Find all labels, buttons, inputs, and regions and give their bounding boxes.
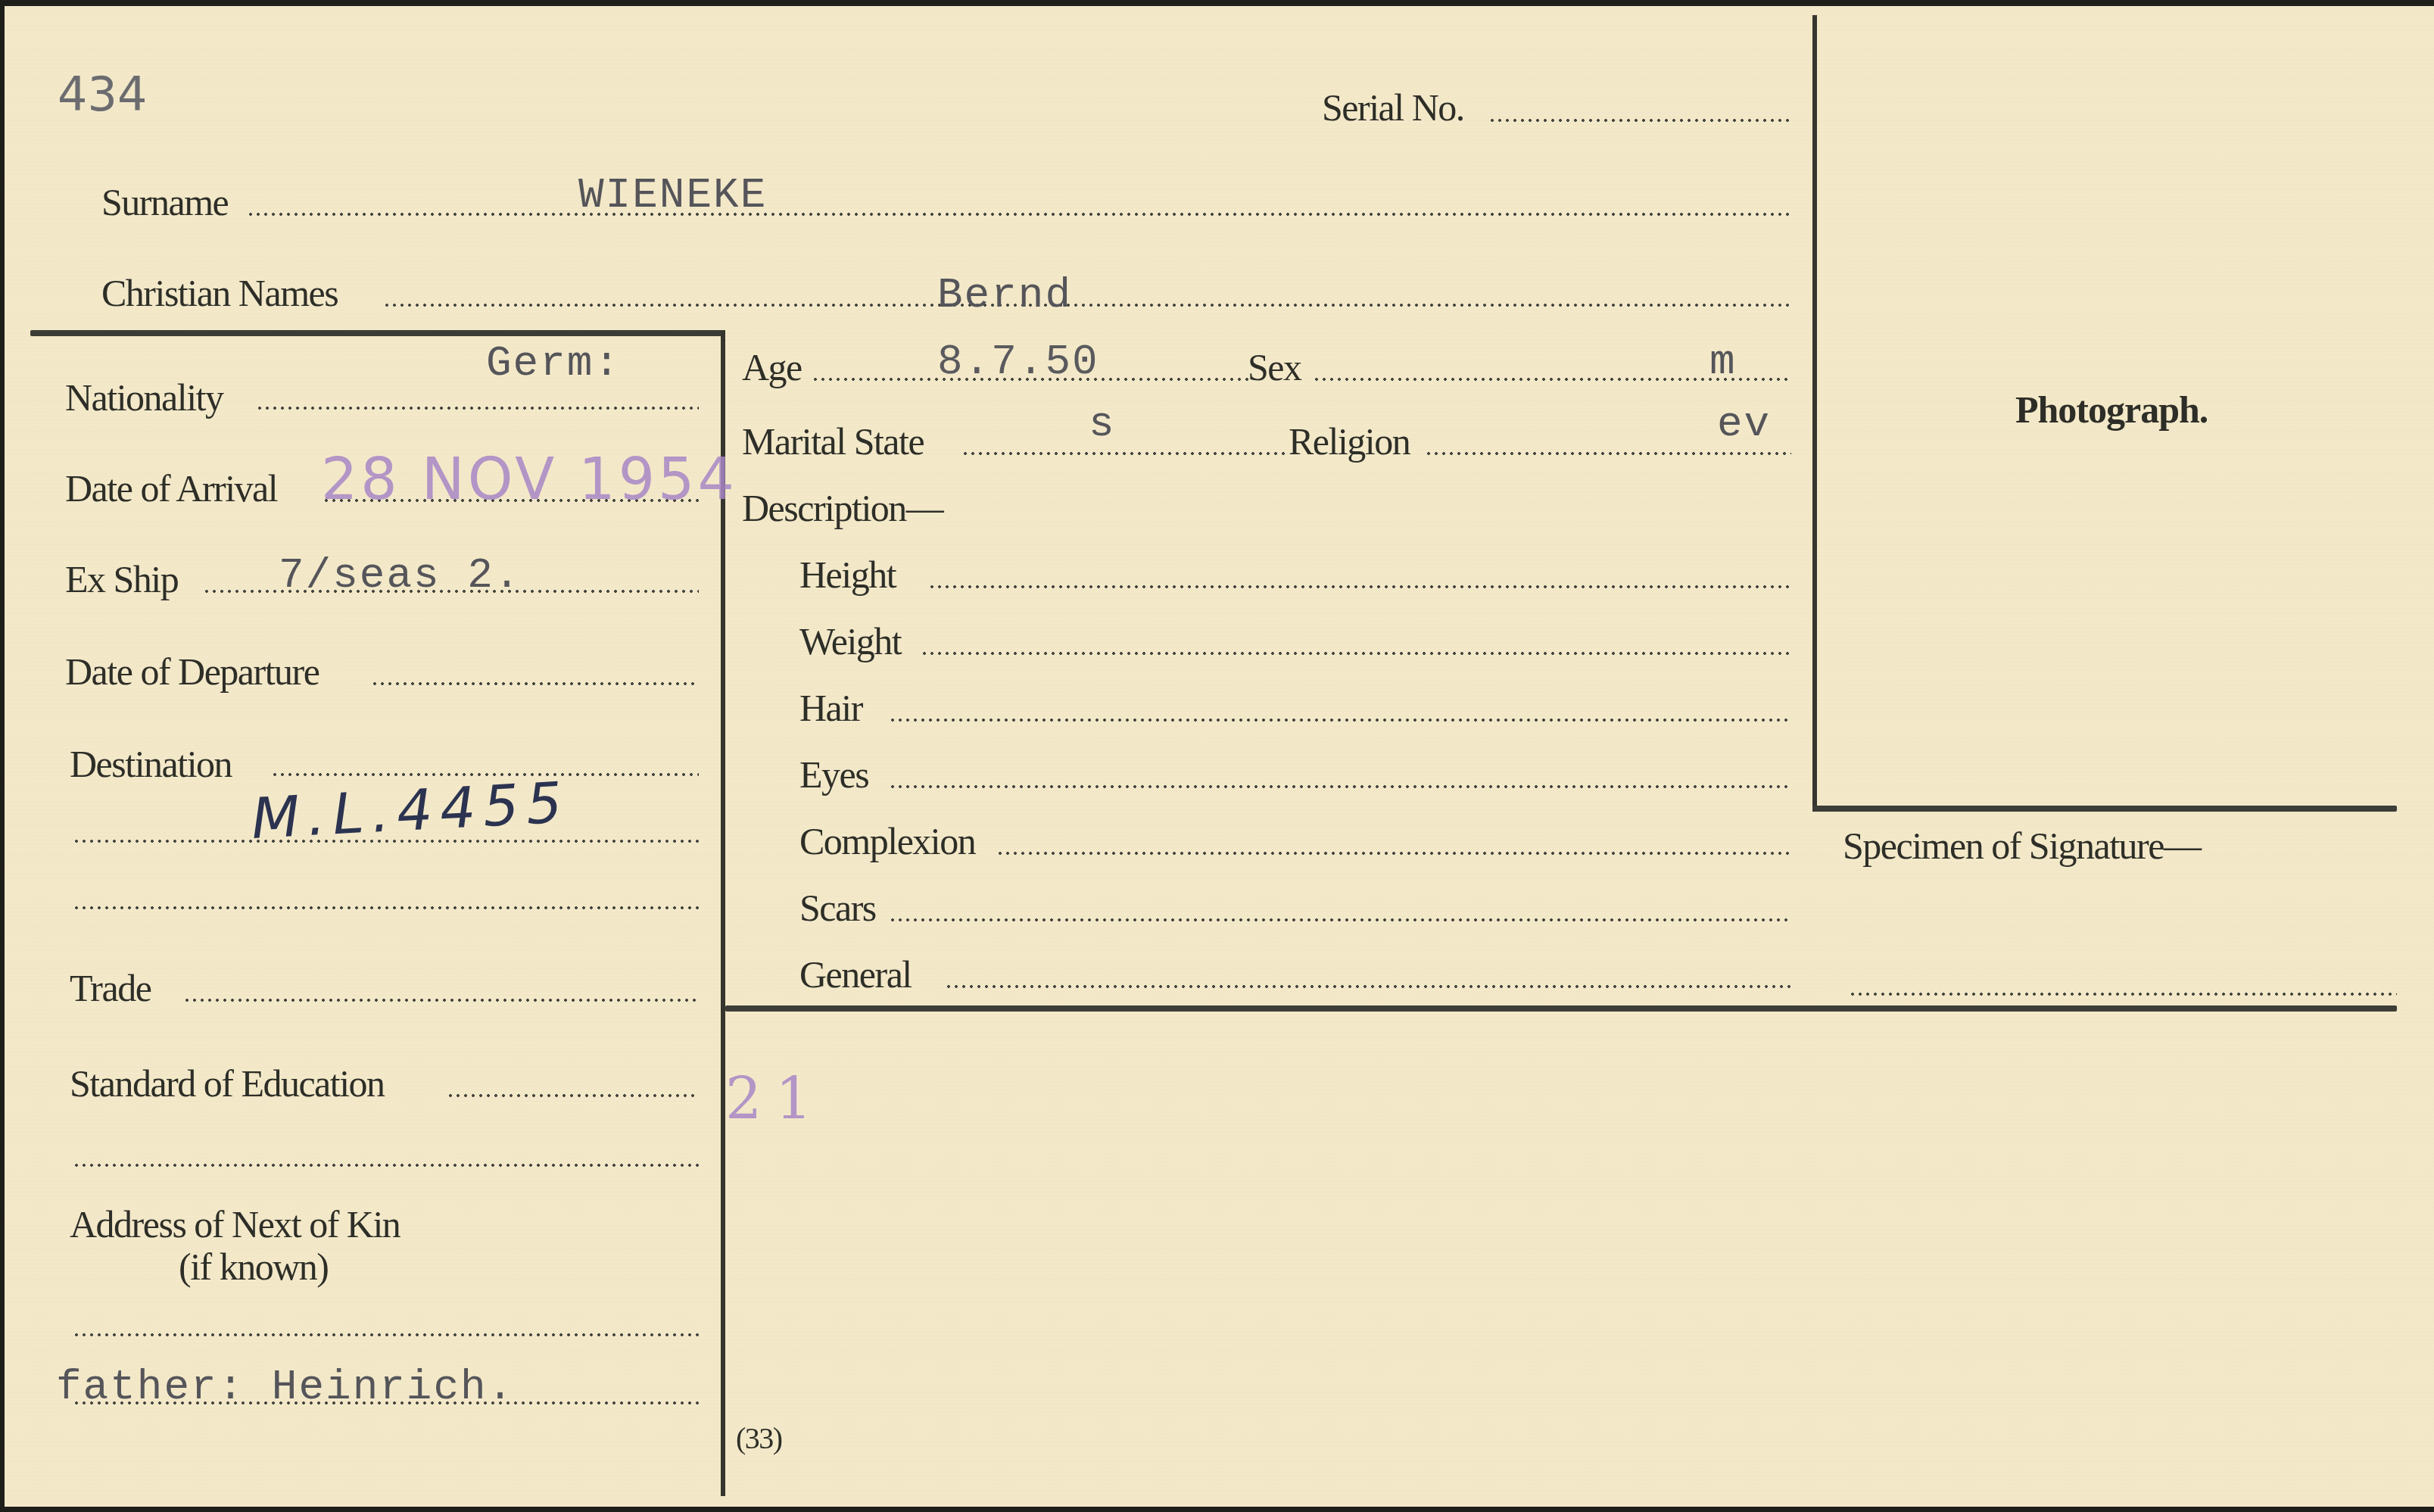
date-of-departure-label: Date of Departure (65, 650, 319, 694)
sex-label: Sex (1248, 345, 1301, 389)
marital-state-value: s (1089, 400, 1116, 448)
date-of-arrival-label: Date of Arrival (65, 466, 277, 510)
nationality-value: Germ: (486, 339, 621, 388)
surname-label: Surname (101, 180, 228, 224)
age-value: 8.7.50 (937, 338, 1099, 386)
form-number: (33) (736, 1420, 782, 1456)
age-label: Age (742, 345, 802, 389)
next-of-kin-sublabel: (if known) (179, 1245, 328, 1289)
complexion-label: Complexion (799, 819, 975, 863)
hair-field[interactable] (889, 718, 1791, 722)
destination-field-line-2[interactable] (73, 839, 699, 843)
serial-no-field[interactable] (1488, 118, 1791, 123)
scars-field[interactable] (889, 918, 1791, 922)
ex-ship-label: Ex Ship (65, 557, 178, 601)
height-label: Height (799, 553, 896, 597)
photograph-label: Photograph. (2015, 388, 2208, 432)
marital-state-field[interactable] (961, 451, 1287, 456)
surname-value: WIENEKE (578, 171, 767, 220)
next-of-kin-field-line-2[interactable] (73, 1401, 699, 1405)
marital-state-label: Marital State (742, 419, 924, 463)
christian-names-value: Bernd (937, 271, 1072, 320)
complexion-field[interactable] (996, 851, 1791, 856)
ex-ship-value: 7/seas 2. (279, 551, 521, 600)
weight-label: Weight (799, 619, 901, 663)
photograph-box[interactable]: Photograph. (1817, 15, 2397, 806)
next-of-kin-label: Address of Next of Kin (70, 1202, 400, 1246)
christian-names-label: Christian Names (101, 271, 338, 315)
surname-field[interactable] (247, 212, 1791, 217)
destination-label: Destination (70, 742, 232, 786)
scars-label: Scars (799, 886, 876, 930)
number-stamp: 21 (725, 1065, 826, 1132)
left-panel-top-rule (30, 330, 725, 336)
standard-of-education-field-line-2[interactable] (73, 1163, 699, 1168)
standard-of-education-label: Standard of Education (70, 1062, 385, 1105)
card-number: 434 (58, 67, 147, 122)
arrival-date-stamp: 28 NOV 1954 (321, 445, 737, 513)
next-of-kin-field[interactable] (73, 1333, 699, 1337)
photo-box-bottom-rule (1812, 806, 2397, 812)
serial-no-label: Serial No. (1322, 86, 1464, 129)
sex-value: m (1709, 338, 1737, 386)
general-label: General (799, 952, 912, 996)
registration-card: 434 Serial No. Surname WIENEKE Christian… (5, 6, 2434, 1507)
description-bottom-rule (725, 1005, 2397, 1012)
general-field[interactable] (945, 984, 1791, 989)
religion-label: Religion (1289, 419, 1410, 463)
eyes-field[interactable] (889, 784, 1791, 789)
nationality-field[interactable] (256, 406, 699, 410)
description-label: Description— (742, 486, 943, 530)
weight-field[interactable] (921, 651, 1791, 656)
religion-value: ev (1717, 400, 1771, 448)
hair-label: Hair (799, 686, 862, 730)
trade-label: Trade (70, 966, 151, 1010)
eyes-label: Eyes (799, 753, 868, 797)
destination-field-line-3[interactable] (73, 906, 699, 910)
religion-field[interactable] (1425, 451, 1791, 456)
nationality-label: Nationality (65, 376, 223, 419)
signature-label: Specimen of Signature— (1843, 824, 2200, 868)
trade-field[interactable] (183, 998, 699, 1002)
standard-of-education-field[interactable] (447, 1093, 699, 1098)
date-of-departure-field[interactable] (371, 681, 699, 686)
signature-field[interactable] (1849, 992, 2397, 996)
height-field[interactable] (928, 585, 1791, 589)
christian-names-field[interactable] (383, 303, 1791, 307)
